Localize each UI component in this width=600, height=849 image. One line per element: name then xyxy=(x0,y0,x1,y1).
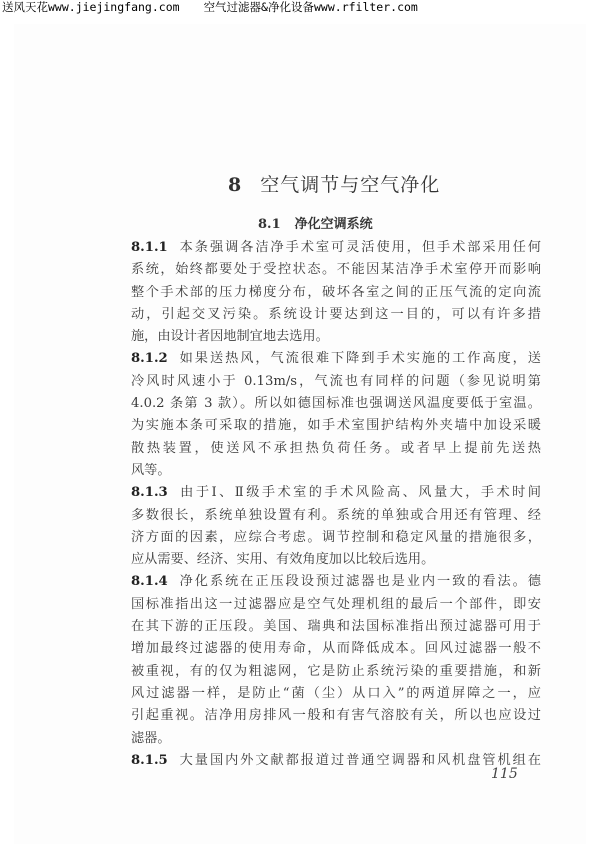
clause-line: 8.1.4净化系统在正压段设预过滤器也是业内一致的看法。德 xyxy=(131,571,541,593)
clause-number: 8.1.2 xyxy=(131,351,168,366)
clause-line: 济方面的因素，应综合考虑。调节控制和稳定风量的措施很多， xyxy=(131,527,541,549)
clause-text: 由于Ⅰ、Ⅱ级手术室的手术风险高、风量大，手术时间 xyxy=(178,485,541,500)
clause-line: 8.1.2如果送热风，气流很难下降到手术实施的工作高度，送 xyxy=(131,348,541,370)
clause-text: 本条强调各洁净手术室可灵活使用，但手术部采用任何 xyxy=(178,240,541,255)
clause-line: 国标准指出这一过滤器应是空气处理机组的最后一个部件，即安 xyxy=(131,594,541,616)
watermark-site1-name: 送风天花 xyxy=(2,0,48,14)
clause-line: 系统，始终都要处于受控状态。不能因某洁净手术室停开而影响 xyxy=(131,259,541,281)
clause-number: 8.1.1 xyxy=(131,240,168,255)
clause-line: 风过滤器一样，是防止“菌（尘）从口入”的两道屏障之一，应 xyxy=(131,683,541,705)
chapter-number: 8 xyxy=(228,174,242,196)
clause-line: 在其下游的正压段。美国、瑞典和法国标准指出预过滤器可用于 xyxy=(131,616,541,638)
clause-line: 风等。 xyxy=(131,460,541,482)
clause-text: 净化系统在正压段设预过滤器也是业内一致的看法。德 xyxy=(178,574,541,589)
clause-line: 8.1.3由于Ⅰ、Ⅱ级手术室的手术风险高、风量大，手术时间 xyxy=(131,482,541,504)
clause-number: 8.1.4 xyxy=(131,574,168,589)
clause-line: 引起重视。洁净用房排风一般和有害气溶胶有关，所以也应设过 xyxy=(131,705,541,727)
chapter-title: 8空气调节与空气净化 xyxy=(228,170,440,197)
section-title: 8.1净化空调系统 xyxy=(258,213,373,232)
chapter-heading: 空气调节与空气净化 xyxy=(260,174,440,196)
section-heading: 净化空调系统 xyxy=(295,217,373,232)
watermark-site2-name: 空气过滤器&净化设备 xyxy=(204,0,314,14)
watermark-site1-url: www.jiejingfang.com xyxy=(48,0,180,14)
clause-line: 整个手术部的压力梯度分布，破坏各室之间的正压气流的定向流 xyxy=(131,282,541,304)
clause-line: 为实施本条可采取的措施，如手术室围护结构外夹墙中加设采暖 xyxy=(131,415,541,437)
clause-text: 如果送热风，气流很难下降到手术实施的工作高度，送 xyxy=(178,351,541,366)
clause-line: 施，由设计者因地制宜地去选用。 xyxy=(131,326,541,348)
body-text: 8.1.1本条强调各洁净手术室可灵活使用，但手术部采用任何 系统，始终都要处于受… xyxy=(131,237,541,772)
clause-line: 8.1.1本条强调各洁净手术室可灵活使用，但手术部采用任何 xyxy=(131,237,541,259)
watermark-header: 送风天花www.jiejingfang.com空气过滤器&净化设备www.rfi… xyxy=(2,0,418,14)
clause-line: 冷风时风速小于 0.13m/s，气流也有同样的问题（参见说明第 xyxy=(131,371,541,393)
clause-line: 应从需要、经济、实用、有效角度加以比较后选用。 xyxy=(131,549,541,571)
page-number: 115 xyxy=(491,766,518,782)
clause-line: 被重视，有的仅为粗滤网，它是防止系统污染的重要措施，和新 xyxy=(131,661,541,683)
clause-text: 大量国内外文献都报道过普通空调器和风机盘管机组在 xyxy=(178,753,541,768)
clause-line: 散热装置，使送风不承担热负荷任务。或者早上提前先送热 xyxy=(131,438,541,460)
clause-line: 动，引起交叉污染。系统设计要达到这一目的，可以有许多措 xyxy=(131,304,541,326)
clause-line: 4.0.2 条第 3 款）。所以如德国标准也强调送风温度要低于室温。 xyxy=(131,393,541,415)
clause-number: 8.1.5 xyxy=(131,753,168,768)
clause-line: 滤器。 xyxy=(131,728,541,750)
watermark-site2-url: www.rfilter.com xyxy=(314,0,418,14)
section-number: 8.1 xyxy=(258,217,281,232)
clause-line: 增加最终过滤器的使用寿命，从而降低成本。回风过滤器一般不 xyxy=(131,638,541,660)
clause-line: 8.1.5大量国内外文献都报道过普通空调器和风机盘管机组在 xyxy=(131,750,541,772)
clause-number: 8.1.3 xyxy=(131,485,168,500)
clause-line: 多数很长，系统单独设置有利。系统的单独或合用还有管理、经 xyxy=(131,505,541,527)
